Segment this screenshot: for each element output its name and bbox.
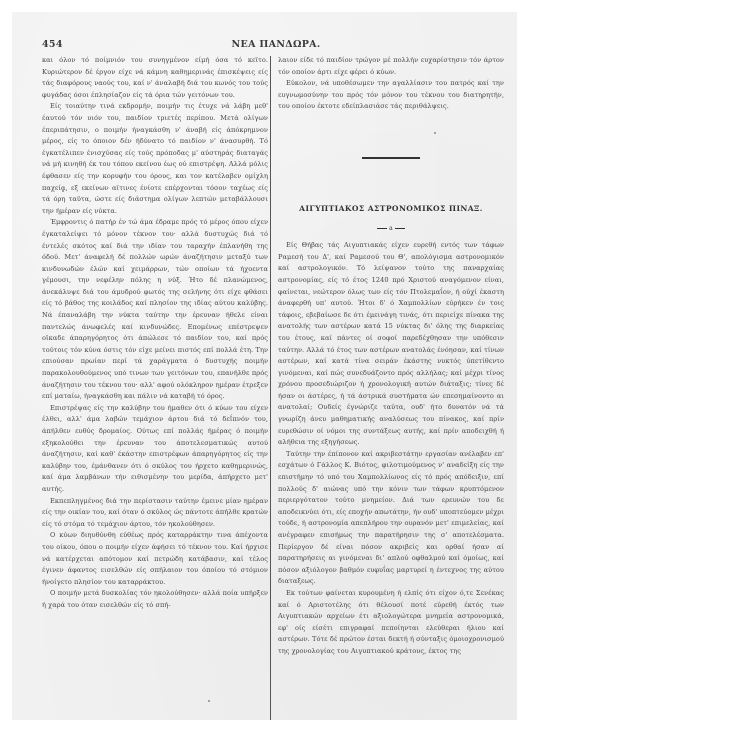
running-head: 454 ΝΕΑ ΠΑΝΔΩΡΑ. xyxy=(42,39,510,53)
scan-speck xyxy=(62,190,64,192)
paragraph: Ταύτην την έπίπονον καί ακριβεστάτην εργ… xyxy=(278,449,504,588)
section-mark: a xyxy=(278,223,504,235)
paragraph: Εύκολον, νά υποθέσωμεν την αγαλλίασιν το… xyxy=(278,78,504,113)
paragraph: Επιστρέψας είς την καλύβην του ήμαθεν ότ… xyxy=(42,403,268,496)
left-column: και όλον τό ποίμνιόν του συνηγμένον είμή… xyxy=(42,55,268,612)
paragraph: και όλον τό ποίμνιόν του συνηγμένον είμή… xyxy=(42,55,268,101)
dash-ornament-icon xyxy=(377,228,387,229)
paragraph: λαιον είδε τό παιδίον τρώγον μέ πολλήν ε… xyxy=(278,55,504,78)
paragraph: Ο κύων διηυθύνθη εύθέως πρός καταρράκτην… xyxy=(42,530,268,588)
paragraph: Εκ τούτων φαίνεται κυρουμένη ή ελπίς ότι… xyxy=(278,588,504,658)
right-column: λαιον είδε τό παιδίον τρώγον μέ πολλήν ε… xyxy=(278,55,504,658)
scan-speck xyxy=(208,700,210,702)
paragraph: Εκπεπληγμένος διά την περίστασιν ταύτην … xyxy=(42,496,268,531)
journal-title: ΝΕΑ ΠΑΝΔΩΡΑ. xyxy=(42,39,510,50)
paragraph: Έμφροντις ό πατήρ έν τώ άμα έδραμε πρός … xyxy=(42,217,268,403)
scanned-page: 454 ΝΕΑ ΠΑΝΔΩΡΑ. και όλον τό ποίμνιόν το… xyxy=(12,12,517,720)
section-title: ΑΙΓΥΠΤΙΑΚΟΣ ΑΣΤΡΟΝΟΜΙΚΟΣ ΠΙΝΑΞ. xyxy=(278,203,504,215)
section-mark-letter: a xyxy=(389,225,393,232)
dash-ornament-icon xyxy=(395,228,405,229)
column-divider xyxy=(270,56,271,720)
paragraph: Είς τοιαύτην τινά εκδρομήν, ποιμήν τις έ… xyxy=(42,101,268,217)
scan-speck xyxy=(434,132,436,134)
paragraph: Ο ποιμήν μετά δυσκολίας τόν ηκολούθησεν·… xyxy=(42,588,268,611)
paragraph: Είς Θήβας τάς Αιγυπτιακάς είχεν ευρεθή ε… xyxy=(278,240,504,449)
section-separator-rule xyxy=(362,157,420,159)
